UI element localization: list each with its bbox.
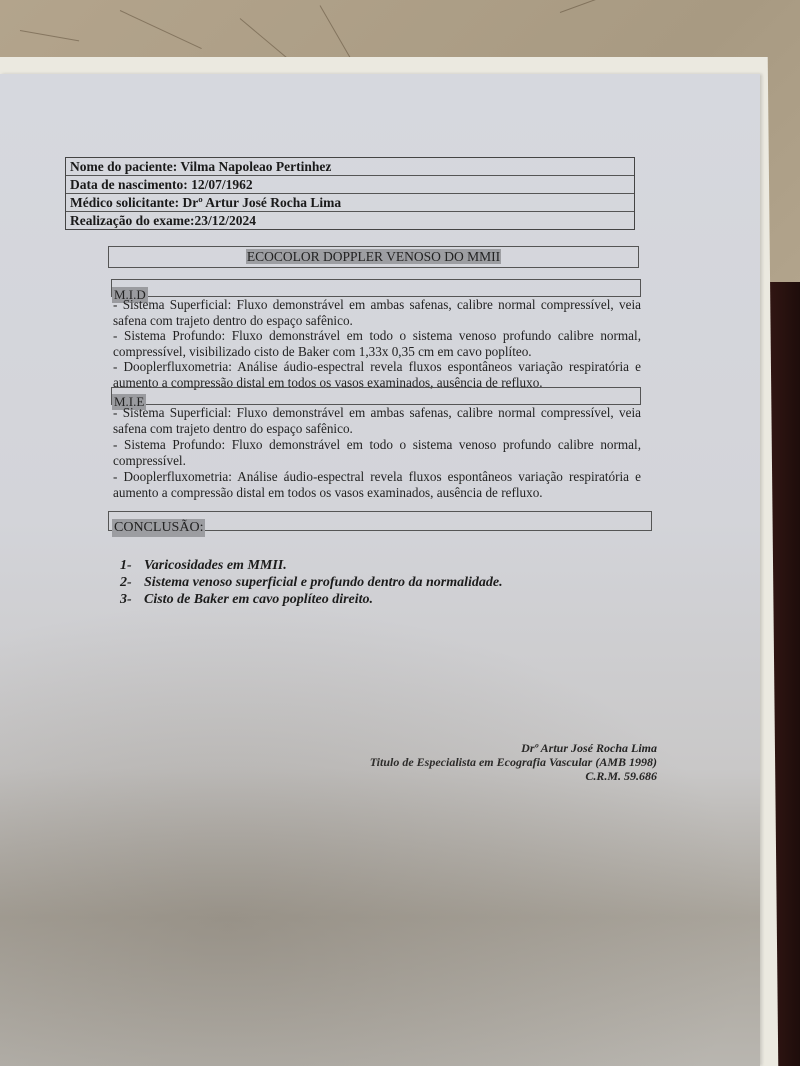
signature-name: Drº Artur José Rocha Lima [370, 741, 657, 755]
exam-date: Realização do exame:23/12/2024 [66, 212, 634, 229]
mid-superficial: - Sistema Superficial: Fluxo demonstráve… [113, 297, 641, 328]
patient-info-table: Nome do paciente: Vilma Napoleao Pertinh… [65, 157, 635, 230]
marble-vein [120, 10, 202, 49]
exam-title: ECOCOLOR DOPPLER VENOSO DO MMII [246, 249, 501, 264]
patient-dob: Data de nascimento: 12/07/1962 [66, 176, 634, 194]
conclusion-list: 1-Varicosidades em MMII. 2-Sistema venos… [120, 557, 503, 608]
marble-vein [560, 0, 664, 13]
mie-profundo: - Sistema Profundo: Fluxo demonstrável e… [113, 437, 641, 468]
exam-title-box: ECOCOLOR DOPPLER VENOSO DO MMII [108, 246, 639, 268]
signature-block: Drº Artur José Rocha Lima Titulo de Espe… [370, 741, 657, 783]
mid-profundo: - Sistema Profundo: Fluxo demonstrável e… [113, 328, 641, 359]
signature-title: Titulo de Especialista em Ecografia Vasc… [370, 755, 657, 769]
patient-name: Nome do paciente: Vilma Napoleao Pertinh… [66, 158, 634, 176]
marble-vein [20, 30, 79, 41]
section-bar-mid [111, 279, 641, 297]
conclusion-label: CONCLUSÃO: [112, 519, 205, 537]
mid-doppler: - Dooplerfluxometria: Análise áudio-espe… [113, 359, 641, 390]
section-bar-mie [111, 387, 641, 405]
requesting-doctor: Médico solicitante: Drº Artur José Rocha… [66, 194, 634, 212]
mie-superficial: - Sistema Superficial: Fluxo demonstráve… [113, 405, 641, 436]
signature-crm: C.R.M. 59.686 [370, 769, 657, 783]
conclusion-item: 3-Cisto de Baker em cavo poplíteo direit… [120, 591, 503, 608]
mie-doppler: - Dooplerfluxometria: Análise áudio-espe… [113, 469, 641, 500]
conclusion-item: 1-Varicosidades em MMII. [120, 557, 503, 574]
conclusion-item: 2-Sistema venoso superficial e profundo … [120, 574, 503, 591]
